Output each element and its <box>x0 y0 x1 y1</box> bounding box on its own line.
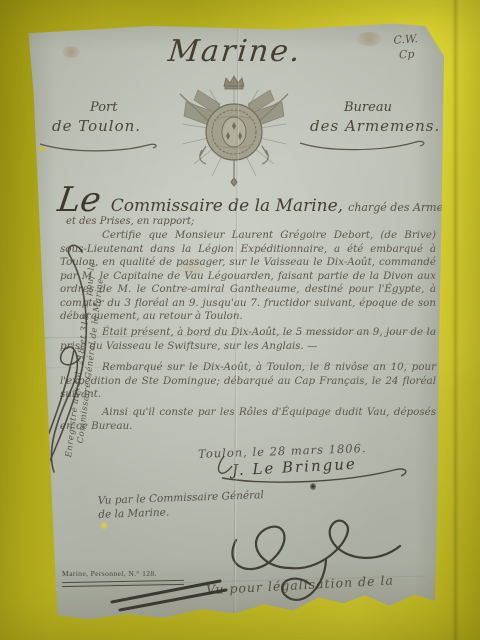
naval-trophy-emblem-icon <box>168 72 300 188</box>
certificate-heading: LeCommissaire de la Marine, chargé des A… <box>58 180 438 220</box>
manuscript-document: Marine. C.W. Cp Port de Toulon. Bureau d… <box>26 20 444 620</box>
archival-corner-marks: C.W. Cp <box>393 31 419 63</box>
printed-footer-rule <box>62 580 184 587</box>
photograph-background: Marine. C.W. Cp Port de Toulon. Bureau d… <box>0 0 480 640</box>
emblem-medallion <box>206 104 262 160</box>
heading-line2: et des Prises, en rapport; <box>66 216 194 227</box>
bureau-heading: Bureau des Armemens. <box>310 98 440 136</box>
paragraph-rembarque: Rembarqué sur le Dix-Août, à Toulon, le … <box>60 361 436 402</box>
port-word: Port <box>52 98 141 117</box>
emblem-crown <box>224 76 244 89</box>
printed-form-reference: Marine, Personnel, N.° 128. <box>62 569 157 578</box>
heading-main: Commissaire de la Marine, <box>111 196 343 216</box>
bureau-name: des Armemens. <box>310 117 440 136</box>
paragraph-swiftsure: Était présent, à bord du Dix-Août, le 5 … <box>60 326 436 353</box>
ink-blot <box>310 483 316 490</box>
heading-initial: Le <box>55 180 103 220</box>
document-title: Marine. <box>24 34 446 69</box>
legalisation-note: Vu pour légalisation de la <box>206 570 446 598</box>
corner-mark-2: Cp <box>394 46 419 63</box>
port-heading: Port de Toulon. <box>52 98 141 136</box>
background-fold-line <box>452 0 459 640</box>
vu-par-block: Vu par le Commissaire Général de la Mari… <box>98 488 265 522</box>
paragraph-certification: Certifie que Monsieur Laurent Grégoire D… <box>60 229 436 324</box>
port-name: de Toulon. <box>52 117 141 136</box>
bureau-word: Bureau <box>310 98 440 117</box>
paragraph-roles: Ainsi qu'il conste par les Rôles d'Équip… <box>60 406 436 433</box>
stain <box>38 146 45 152</box>
corner-mark-1: C.W. <box>393 31 418 48</box>
stain <box>100 522 108 529</box>
